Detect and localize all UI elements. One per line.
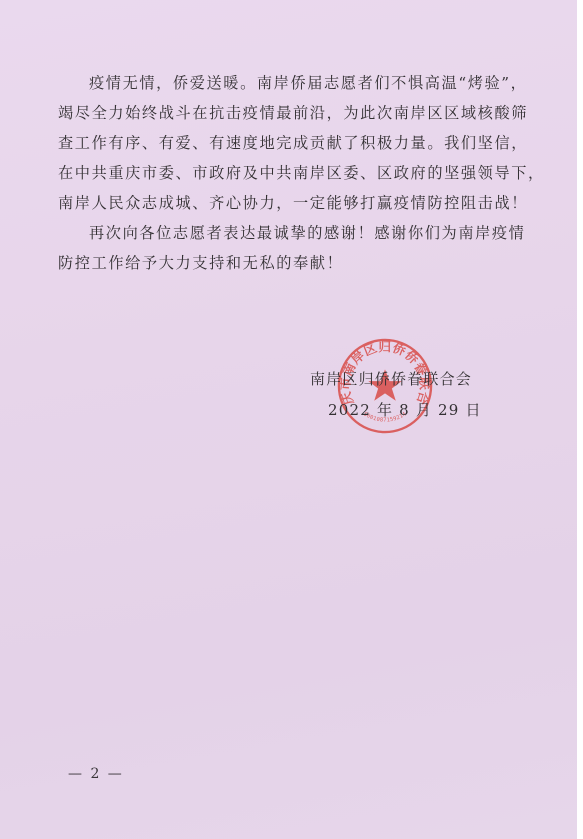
signature-date: 2022 年 8 月 29 日 <box>310 399 482 420</box>
text-line: 南岸人民众志成城、齐心协力，一定能够打赢疫情防控阻击战！ <box>58 188 518 218</box>
text-line: 查工作有序、有爱、有速度地完成贡献了积极力量。我们坚信， <box>58 128 518 158</box>
text-line: 在中共重庆市委、市政府及中共南岸区委、区政府的坚强领导下， <box>58 158 518 188</box>
paragraph-2: 再次向各位志愿者表达最诚挚的感谢！感谢你们为南岸疫情 防控工作给予大力支持和无私… <box>58 218 518 278</box>
text-line: 疫情无情，侨爱送暖。南岸侨届志愿者们不惧高温“烤验”， <box>58 68 518 98</box>
text-line: 再次向各位志愿者表达最诚挚的感谢！感谢你们为南岸疫情 <box>58 218 518 248</box>
signature-block: 南岸区归侨侨眷联合会 2022 年 8 月 29 日 <box>310 368 482 420</box>
text-line: 防控工作给予大力支持和无私的奉献！ <box>58 248 518 278</box>
document-body: 疫情无情，侨爱送暖。南岸侨届志愿者们不惧高温“烤验”， 竭尽全力始终战斗在抗击疫… <box>58 68 518 278</box>
page-number: — 2 — <box>68 766 124 782</box>
text-line: 竭尽全力始终战斗在抗击疫情最前沿，为此次南岸区区域核酸筛 <box>58 98 518 128</box>
signature-organization: 南岸区归侨侨眷联合会 <box>310 368 482 389</box>
document-page: 疫情无情，侨爱送暖。南岸侨届志愿者们不惧高温“烤验”， 竭尽全力始终战斗在抗击疫… <box>0 0 577 839</box>
paragraph-1: 疫情无情，侨爱送暖。南岸侨届志愿者们不惧高温“烤验”， 竭尽全力始终战斗在抗击疫… <box>58 68 518 218</box>
